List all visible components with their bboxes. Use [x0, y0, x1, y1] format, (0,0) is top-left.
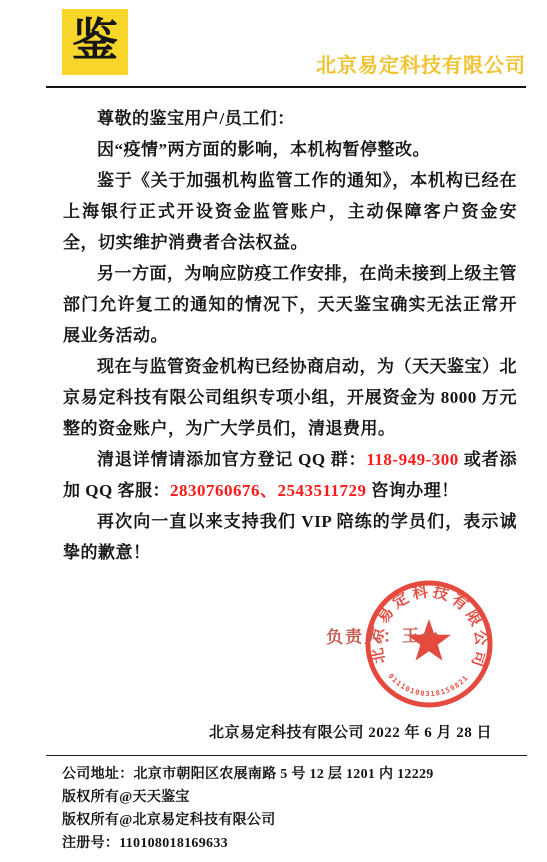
notice-header: 鉴 北京易定科技有限公司 — [46, 0, 526, 88]
footer-copyright-company: 版权所有@北京易定科技有限公司 — [62, 809, 527, 832]
paragraph: 再次向一直以来支持我们 VIP 陪练的学员们，表示诚挚的歉意！ — [63, 506, 517, 568]
text-segment: 现在与监管资金机构已经协商启动，为（天天鉴宝）北京易定科技有限公司组织专项小组，… — [63, 357, 517, 438]
jian-logo-icon: 鉴 — [72, 18, 118, 64]
body-paragraphs: 尊敬的鉴宝用户/员工们：因“疫情”两方面的影响，本机构暂停整改。鉴于《关于加强机… — [0, 88, 547, 568]
seal-area: 北京易定科技有限公司 01110108318159821 负责人：王一 — [0, 570, 547, 720]
footer-address: 公司地址：北京市朝阳区农展南路 5 号 12 层 1201 内 12229 — [62, 763, 527, 786]
text-segment: 尊敬的鉴宝用户/员工们： — [97, 109, 295, 128]
text-segment: 清退详情请添加官方登记 QQ 群： — [97, 450, 366, 469]
date-line: 北京易定科技有限公司 2022 年 6 月 28 日 — [0, 721, 547, 742]
paragraph: 清退详情请添加官方登记 QQ 群：118-949-300 或者添加 QQ 客服：… — [63, 444, 517, 506]
notice-page: 鉴 北京易定科技有限公司 尊敬的鉴宝用户/员工们：因“疫情”两方面的影响，本机构… — [0, 0, 547, 862]
text-segment: 咨询办理！ — [367, 481, 459, 500]
company-name: 北京易定科技有限公司 — [316, 49, 526, 78]
company-logo: 鉴 — [62, 9, 128, 75]
text-segment: 因“疫情”两方面的影响，本机构暂停整改。 — [97, 140, 430, 159]
highlight-number: 118-949-300 — [366, 450, 458, 469]
highlight-number: 2830760676、2543511729 — [170, 481, 367, 500]
footer: 公司地址：北京市朝阳区农展南路 5 号 12 层 1201 内 12229 版权… — [46, 755, 527, 855]
text-segment: 鉴于《关于加强机构监管工作的通知》，本机构已经在上海银行正式开设资金监管账户，主… — [63, 171, 517, 252]
footer-registration-number: 注册号：110108018169633 — [62, 832, 527, 855]
text-segment: 再次向一直以来支持我们 VIP 陪练的学员们，表示诚挚的歉意！ — [63, 512, 517, 562]
paragraph: 鉴于《关于加强机构监管工作的通知》，本机构已经在上海银行正式开设资金监管账户，主… — [63, 165, 517, 258]
signer-name: 负责人：王一 — [326, 621, 440, 648]
text-segment: 另一方面，为响应防疫工作安排，在尚未接到上级主管部门允许复工的通知的情况下，天天… — [63, 264, 517, 345]
paragraph: 另一方面，为响应防疫工作安排，在尚未接到上级主管部门允许复工的通知的情况下，天天… — [63, 258, 517, 351]
paragraph: 现在与监管资金机构已经协商启动，为（天天鉴宝）北京易定科技有限公司组织专项小组，… — [63, 351, 517, 444]
paragraph: 尊敬的鉴宝用户/员工们： — [63, 103, 517, 134]
footer-copyright-brand: 版权所有@天天鉴宝 — [62, 786, 527, 809]
paragraph: 因“疫情”两方面的影响，本机构暂停整改。 — [63, 134, 517, 165]
